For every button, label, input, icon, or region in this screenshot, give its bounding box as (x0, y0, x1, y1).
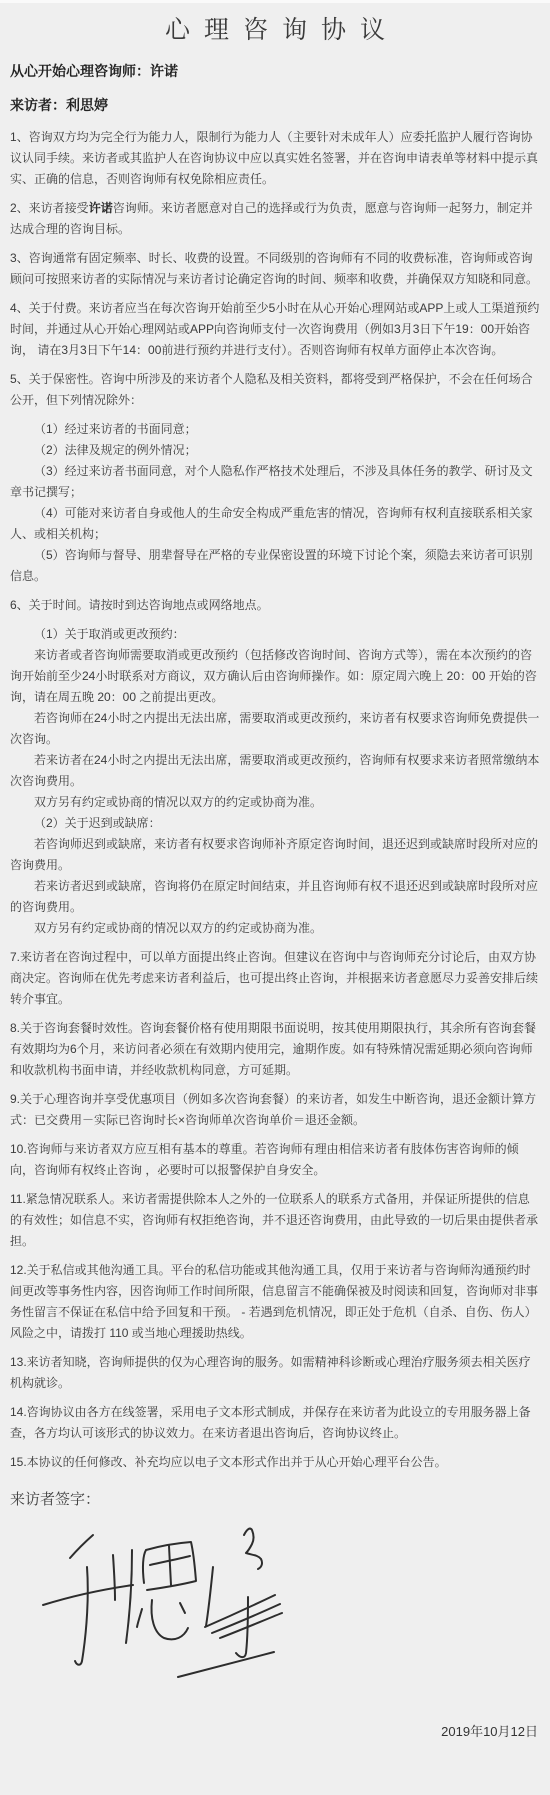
agreement-text: （1）经过来访者的书面同意； (34, 422, 197, 436)
agreement-subitem: 双方另有约定或协商的情况以双方的约定或协商为准。 (10, 918, 540, 939)
agreement-text: （4）可能对来访者自身或他人的生命安全构成严重危害的情况，咨询师有权利直接联系相… (10, 506, 533, 541)
page-title: 心理咨询协议 (10, 13, 540, 47)
agreement-text: （2）关于迟到或缺席： (34, 816, 161, 830)
agreement-text: 13.来访者知晓，咨询师提供的仅为心理咨询的服务。如需精神科诊断或心理治疗服务须… (10, 1355, 531, 1390)
agreement-item: 9.关于心理咨询并享受优惠项目（例如多次咨询套餐）的来访者，如发生中断咨询，退还… (10, 1089, 540, 1131)
agreement-text: 5、关于保密性。咨询中所涉及的来访者个人隐私及相关资料，都将受到严格保护，不会在… (10, 372, 533, 407)
agreement-subitem: （2）关于迟到或缺席： (10, 813, 540, 834)
agreement-subitem: （3）经过来访者书面同意，对个人隐私作严格技术处理后，不涉及具体任务的教学、研讨… (10, 461, 540, 503)
agreement-text: 来访者或者咨询师需要取消或更改预约（包括修改咨询时间、咨询方式等），需在本次预约… (10, 648, 537, 704)
agreement-text: 若来访者在24小时之内提出无法出席，需要取消或更改预约，咨询师有权要求来访者照常… (10, 753, 539, 788)
agreement-text: （5）咨询师与督导、朋辈督导在严格的专业保密设置的环境下讨论个案，须隐去来访者可… (10, 548, 533, 583)
agreement-item: 6、关于时间。请按时到达咨询地点或网络地点。 (10, 595, 540, 616)
agreement-text: 12.关于私信或其他沟通工具。平台的私信功能或其他沟通工具，仅用于来访者与咨询师… (10, 1263, 538, 1340)
agreement-item: 2、来访者接受许诺咨询师。来访者愿意对自己的选择或行为负责，愿意与咨询师一起努力… (10, 198, 540, 240)
agreement-subitem: 若咨询师在24小时之内提出无法出席，需要取消或更改预约，来访者有权要求咨询师免费… (10, 708, 540, 750)
agreement-item: 11.紧急情况联系人。来访者需提供除本人之外的一位联系人的联系方式备用，并保证所… (10, 1189, 540, 1252)
signature-label: 来访者签字： (10, 1489, 540, 1511)
agreement-item: 3、咨询通常有固定频率、时长、收费的设置。不同级别的咨询师有不同的收费标准，咨询… (10, 248, 540, 290)
agreement-text: 若咨询师在24小时之内提出无法出席，需要取消或更改预约，来访者有权要求咨询师免费… (10, 711, 539, 746)
agreement-subitem: 来访者或者咨询师需要取消或更改预约（包括修改咨询时间、咨询方式等），需在本次预约… (10, 645, 540, 708)
agreement-item: 13.来访者知晓，咨询师提供的仅为心理咨询的服务。如需精神科诊断或心理治疗服务须… (10, 1352, 540, 1394)
agreement-page: 心理咨询协议 从心开始心理咨询师：许诺 来访者：利思婷 1、咨询双方均为完全行为… (0, 3, 550, 1795)
counselor-line: 从心开始心理咨询师：许诺 (10, 61, 540, 81)
agreement-text: 7.来访者在咨询过程中，可以单方面提出终止咨询。但建议在咨询中与咨询师充分讨论后… (10, 950, 538, 1006)
agreement-subitem: 若来访者在24小时之内提出无法出席，需要取消或更改预约，咨询师有权要求来访者照常… (10, 750, 540, 792)
agreement-item: 7.来访者在咨询过程中，可以单方面提出终止咨询。但建议在咨询中与咨询师充分讨论后… (10, 947, 540, 1010)
agreement-text: 若咨询师迟到或缺席，来访者有权要求咨询师补齐原定咨询时间，退还迟到或缺席时段所对… (10, 837, 538, 872)
agreement-text: 1、咨询双方均为完全行为能力人，限制行为能力人（主要针对未成年人）应委托监护人履… (10, 130, 538, 186)
agreement-text: 11.紧急情况联系人。来访者需提供除本人之外的一位联系人的联系方式备用，并保证所… (10, 1192, 538, 1248)
agreement-subitem: 双方另有约定或协商的情况以双方的约定或协商为准。 (10, 792, 540, 813)
signature-ink-icon (30, 1525, 290, 1695)
visitor-signature (30, 1525, 290, 1695)
agreement-text: 若来访者迟到或缺席，咨询将仍在原定时间结束，并且咨询师有权不退还迟到或缺席时段所… (10, 879, 538, 914)
agreement-text: 4、关于付费。来访者应当在每次咨询开始前至少5小时在从心开始心理网站或APP上或… (10, 301, 539, 357)
agreement-text: 8.关于咨询套餐时效性。咨询套餐价格有使用期限书面说明，按其使用期限执行，其余所… (10, 1021, 536, 1077)
agreement-text: 10.咨询师与来访者双方应互相有基本的尊重。若咨询师有理由相信来访者有肢体伤害咨… (10, 1142, 519, 1177)
agreement-text: （1）关于取消或更改预约： (34, 627, 185, 641)
agreement-text: 3、咨询通常有固定频率、时长、收费的设置。不同级别的咨询师有不同的收费标准，咨询… (10, 251, 538, 286)
agreement-date: 2019年10月12日 (10, 1723, 538, 1741)
agreement-subitem: （4）可能对来访者自身或他人的生命安全构成严重危害的情况，咨询师有权利直接联系相… (10, 503, 540, 545)
agreement-text: （2）法律及规定的例外情况； (34, 443, 197, 457)
agreement-item: 8.关于咨询套餐时效性。咨询套餐价格有使用期限书面说明，按其使用期限执行，其余所… (10, 1018, 540, 1081)
agreement-item: 4、关于付费。来访者应当在每次咨询开始前至少5小时在从心开始心理网站或APP上或… (10, 298, 540, 361)
agreement-subitem: （5）咨询师与督导、朋辈督导在严格的专业保密设置的环境下讨论个案，须隐去来访者可… (10, 545, 540, 587)
agreement-text: 9.关于心理咨询并享受优惠项目（例如多次咨询套餐）的来访者，如发生中断咨询，退还… (10, 1092, 536, 1127)
agreement-text-bold: 许诺 (89, 201, 113, 215)
agreement-item: 1、咨询双方均为完全行为能力人，限制行为能力人（主要针对未成年人）应委托监护人履… (10, 127, 540, 190)
agreement-text: 15.本协议的任何修改、补充均应以电子文本形式作出并于从心开始心理平台公告。 (10, 1455, 447, 1469)
agreement-item: 12.关于私信或其他沟通工具。平台的私信功能或其他沟通工具，仅用于来访者与咨询师… (10, 1260, 540, 1344)
visitor-line: 来访者：利思婷 (10, 95, 540, 115)
agreement-text: 14.咨询协议由各方在线签署，采用电子文本形式制成，并保存在来访者为此设立的专用… (10, 1405, 531, 1440)
agreement-subitem: 若咨询师迟到或缺席，来访者有权要求咨询师补齐原定咨询时间，退还迟到或缺席时段所对… (10, 834, 540, 876)
agreement-text: 2、来访者接受 (10, 201, 89, 215)
agreement-item: 14.咨询协议由各方在线签署，采用电子文本形式制成，并保存在来访者为此设立的专用… (10, 1402, 540, 1444)
agreement-subitem: （1）经过来访者的书面同意； (10, 419, 540, 440)
agreement-text: 双方另有约定或协商的情况以双方的约定或协商为准。 (34, 795, 322, 809)
agreement-text: 6、关于时间。请按时到达咨询地点或网络地点。 (10, 598, 269, 612)
agreement-item: 5、关于保密性。咨询中所涉及的来访者个人隐私及相关资料，都将受到严格保护，不会在… (10, 369, 540, 411)
agreement-subitem: 若来访者迟到或缺席，咨询将仍在原定时间结束，并且咨询师有权不退还迟到或缺席时段所… (10, 876, 540, 918)
agreement-subitem: （2）法律及规定的例外情况； (10, 440, 540, 461)
agreement-subitem: （1）关于取消或更改预约： (10, 624, 540, 645)
agreement-item: 10.咨询师与来访者双方应互相有基本的尊重。若咨询师有理由相信来访者有肢体伤害咨… (10, 1139, 540, 1181)
agreement-item: 15.本协议的任何修改、补充均应以电子文本形式作出并于从心开始心理平台公告。 (10, 1452, 540, 1473)
agreement-body: 1、咨询双方均为完全行为能力人，限制行为能力人（主要针对未成年人）应委托监护人履… (10, 127, 540, 1473)
agreement-text: 双方另有约定或协商的情况以双方的约定或协商为准。 (34, 921, 322, 935)
agreement-text: （3）经过来访者书面同意，对个人隐私作严格技术处理后，不涉及具体任务的教学、研讨… (10, 464, 533, 499)
